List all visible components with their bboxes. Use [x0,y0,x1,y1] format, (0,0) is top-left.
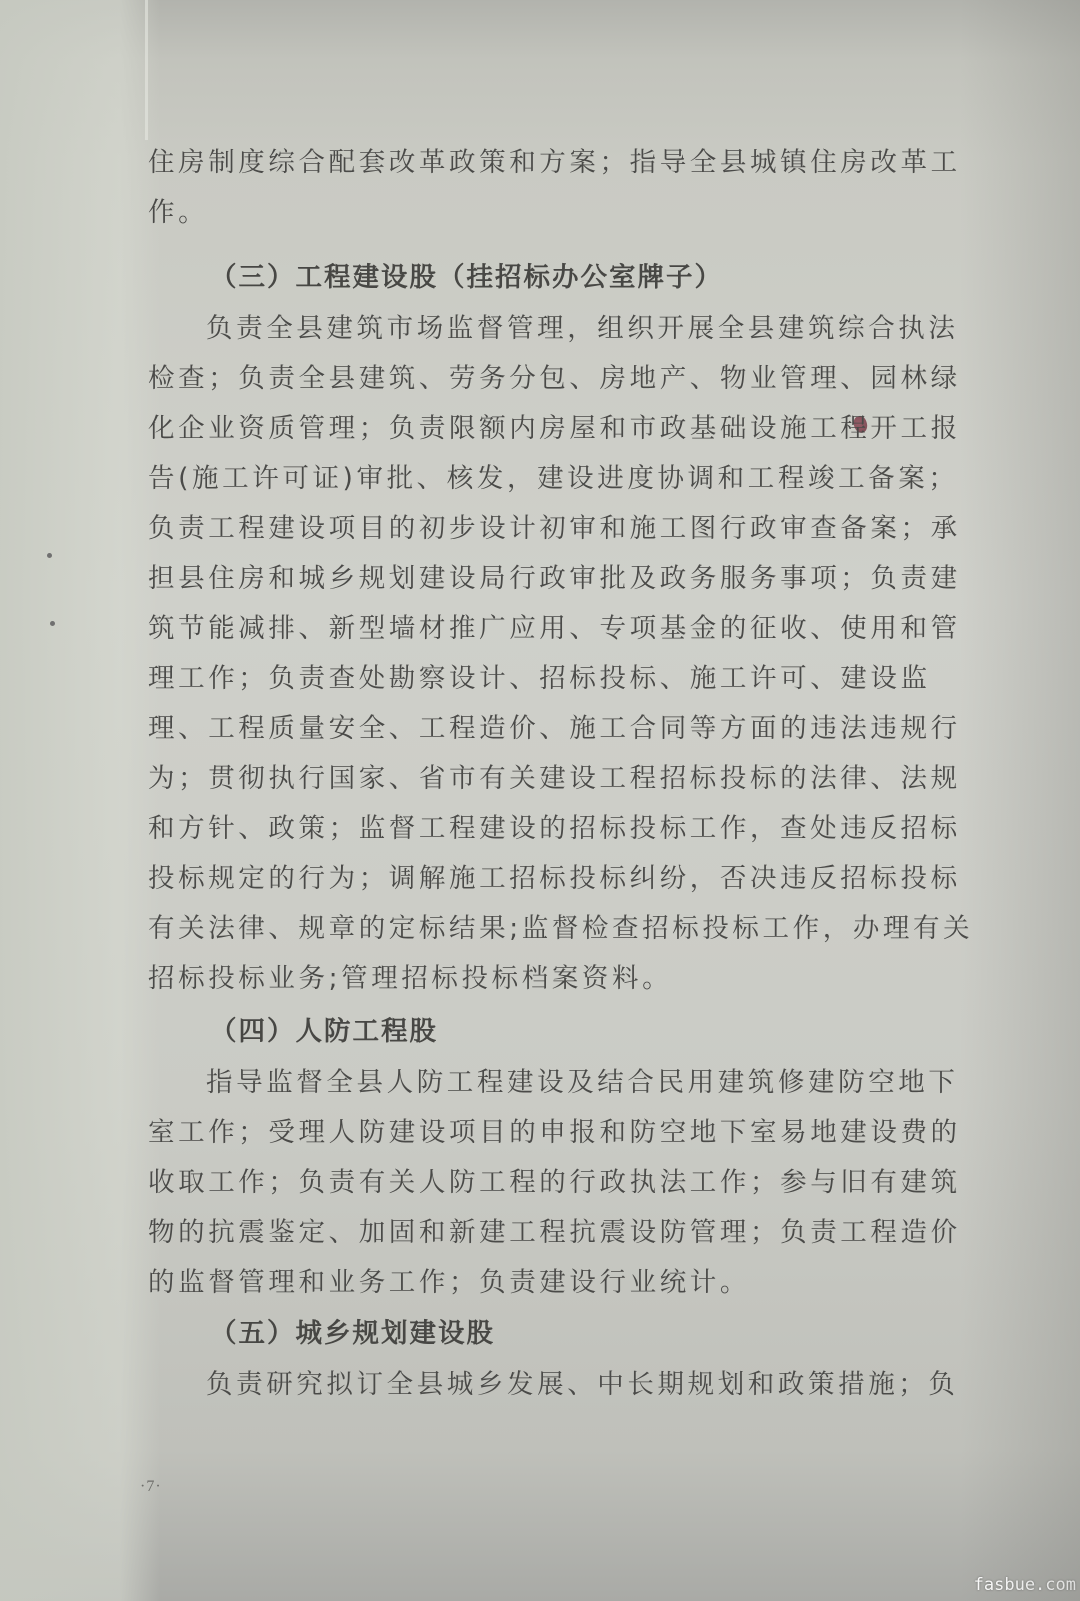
text-line: 负责研究拟订全县城乡发展、中长期规划和政策措施；负 [148,1360,938,1410]
text-line: 住房制度综合配套改革政策和方案；指导全县城镇住房改革工 [148,138,938,188]
text-line: 室工作；受理人防建设项目的申报和防空地下室易地建设费的 [148,1108,938,1158]
text-line: 招标投标业务;管理招标投标档案资料。 [148,954,938,1004]
text-line: 负责工程建设项目的初步设计初审和施工图行政审查备案；承 [148,504,938,554]
text-line: 检查；负责全县建筑、劳务分包、房地产、物业管理、园林绿 [148,354,938,404]
text-line: 作。 [148,188,938,238]
text-line: 投标规定的行为；调解施工招标投标纠纷，否决违反招标投标 [148,854,938,904]
text-line: 收取工作；负责有关人防工程的行政执法工作；参与旧有建筑 [148,1158,938,1208]
page-number: ·7· [140,1478,162,1496]
document-page-photo: 住房制度综合配套改革政策和方案；指导全县城镇住房改革工 作。 （三）工程建设股（… [0,0,1080,1601]
text-line: 为；贯彻执行国家、省市有关建设工程招标投标的法律、法规 [148,754,938,804]
text-line: 负责全县建筑市场监督管理，组织开展全县建筑综合执法 [148,304,938,354]
text-line: 理工作；负责查处勘察设计、招标投标、施工许可、建设监 [148,654,938,704]
text-line: 和方针、政策；监督工程建设的招标投标工作，查处违反招标 [148,804,938,854]
section-heading-engineering-construction: （三）工程建设股（挂招标办公室牌子） [148,252,938,304]
text-line: 告(施工许可证)审批、核发，建设进度协调和工程竣工备案； [148,454,938,504]
text-line: 化企业资质管理；负责限额内房屋和市政基础设施工程开工报 [148,404,938,454]
text-line: 理、工程质量安全、工程造价、施工合同等方面的违法违规行 [148,704,938,754]
section-heading-civil-air-defense: （四）人防工程股 [148,1006,938,1058]
text-line: 有关法律、规章的定标结果;监督检查招标投标工作，办理有关 [148,904,938,954]
text-line: 筑节能减排、新型墙材推广应用、专项基金的征收、使用和管 [148,604,938,654]
text-line: 物的抗震鉴定、加固和新建工程抗震设防管理；负责工程造价 [148,1208,938,1258]
text-line: 担县住房和城乡规划建设局行政审批及政务服务事项；负责建 [148,554,938,604]
binding-hole-mark [50,621,55,626]
section-heading-urban-rural-planning: （五）城乡规划建设股 [148,1308,938,1360]
text-line: 指导监督全县人防工程建设及结合民用建筑修建防空地下 [148,1058,938,1108]
watermark: fasbue.com [974,1575,1076,1595]
document-body: 住房制度综合配套改革政策和方案；指导全县城镇住房改革工 作。 （三）工程建设股（… [148,138,938,1410]
text-line: 的监督管理和业务工作；负责建设行业统计。 [148,1258,938,1308]
binding-hole-mark [47,553,52,558]
paper-fold-shadow [145,0,148,140]
